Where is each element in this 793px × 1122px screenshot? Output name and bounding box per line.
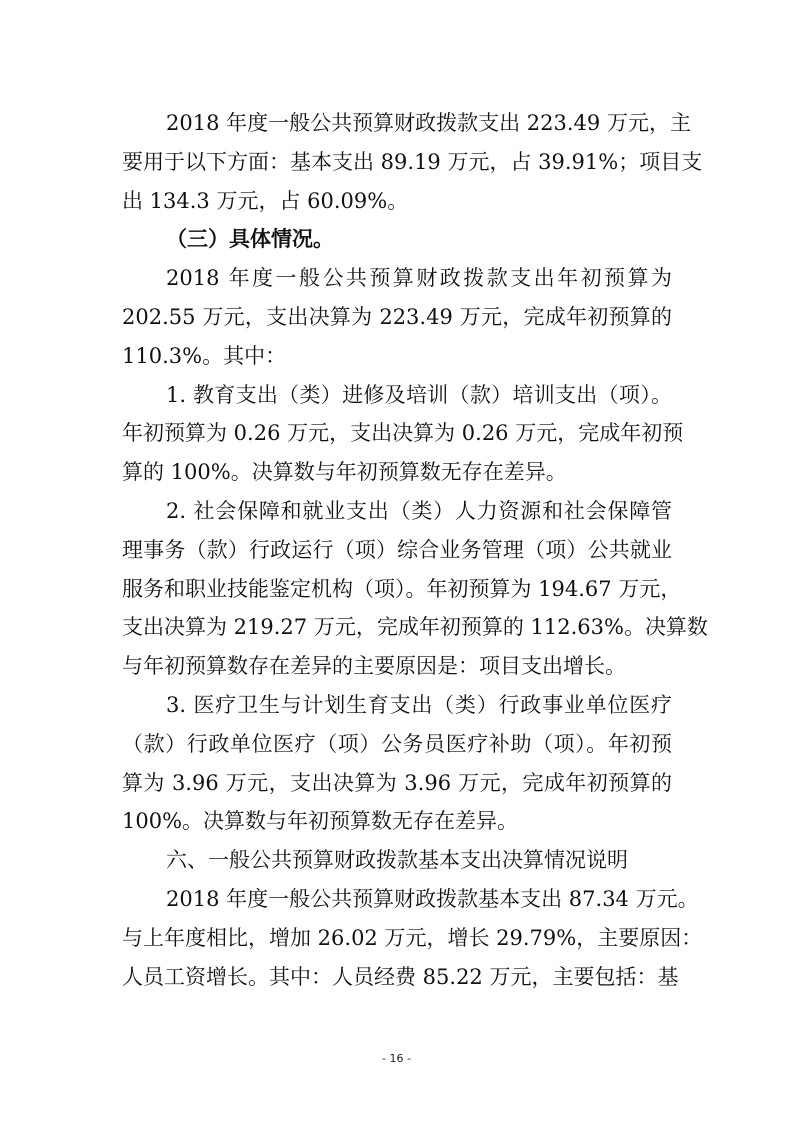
list-item-line: 算的 100%。决算数与年初预算数无存在差异。	[122, 453, 672, 492]
paragraph-line: 要用于以下方面：基本支出 89.19 万元，占 39.91%；项目支	[122, 143, 672, 182]
list-item-line: 支出决算为 219.27 万元，完成年初预算的 112.63%。决算数	[122, 608, 672, 647]
document-page: 2018 年度一般公共预算财政拨款支出 223.49 万元，主 要用于以下方面：…	[0, 0, 793, 1122]
paragraph-line: 2018 年度一般公共预算财政拨款基本支出 87.34 万元。	[122, 880, 672, 919]
list-item-line: 100%。决算数与年初预算数无存在差异。	[122, 802, 672, 841]
list-item-line: （款）行政单位医疗（项）公务员医疗补助（项）。年初预	[122, 725, 672, 764]
paragraph-line: 出 134.3 万元，占 60.09%。	[122, 182, 672, 221]
paragraph-line: 与上年度相比，增加 26.02 万元，增长 29.79%，主要原因：	[122, 919, 672, 958]
paragraph-line: 2018 年度一般公共预算财政拨款支出 223.49 万元，主	[122, 104, 672, 143]
list-item-line: 算为 3.96 万元，支出决算为 3.96 万元，完成年初预算的	[122, 764, 672, 803]
list-item-line: 2. 社会保障和就业支出（类）人力资源和社会保障管	[122, 492, 672, 531]
paragraph-line: 110.3%。其中：	[122, 337, 672, 376]
page-number: - 16 -	[0, 1052, 793, 1065]
list-item-line: 理事务（款）行政运行（项）综合业务管理（项）公共就业	[122, 531, 672, 570]
section-heading: 六、一般公共预算财政拨款基本支出决算情况说明	[122, 841, 672, 880]
list-item-line: 与年初预算数存在差异的主要原因是：项目支出增长。	[122, 647, 672, 686]
list-item-line: 3. 医疗卫生与计划生育支出（类）行政事业单位医疗	[122, 686, 672, 725]
list-item-line: 服务和职业技能鉴定机构（项）。年初预算为 194.67 万元，	[122, 570, 672, 609]
paragraph-line: 人员工资增长。其中：人员经费 85.22 万元，主要包括：基	[122, 958, 672, 997]
paragraph-line: 2018 年度一般公共预算财政拨款支出年初预算为	[122, 259, 672, 298]
list-item-line: 年初预算为 0.26 万元，支出决算为 0.26 万元，完成年初预	[122, 414, 672, 453]
paragraph-line: 202.55 万元，支出决算为 223.49 万元，完成年初预算的	[122, 298, 672, 337]
body-text: 2018 年度一般公共预算财政拨款支出 223.49 万元，主 要用于以下方面：…	[122, 104, 672, 996]
list-item-line: 1. 教育支出（类）进修及培训（款）培训支出（项）。	[122, 376, 672, 415]
section-heading: （三）具体情况。	[122, 220, 672, 259]
